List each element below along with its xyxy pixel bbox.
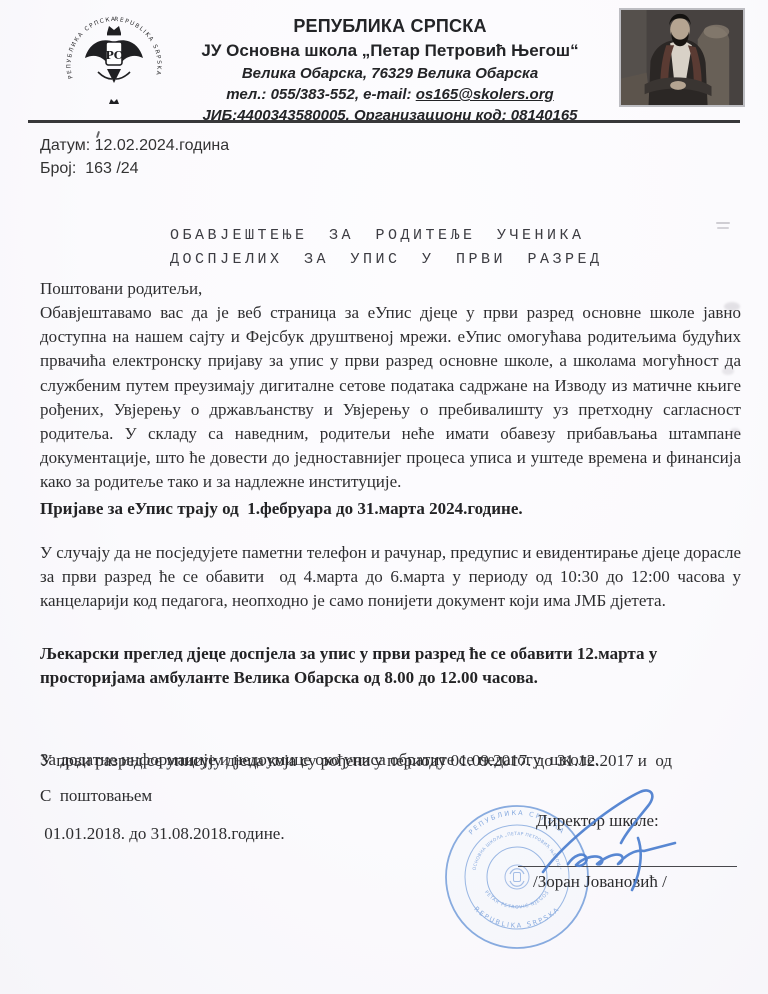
signature-name: /Зоран Јовановић / — [533, 872, 667, 892]
paragraph-more-info: За додатне информације и недоумице око у… — [40, 748, 741, 772]
letterhead-country: РЕПУБЛИКА СРПСКА — [172, 14, 608, 38]
letterhead-divider — [28, 120, 740, 123]
njegos-portrait — [619, 8, 745, 107]
emblem-monogram: РС — [105, 49, 122, 62]
scan-artifact-right-edge-5 — [730, 428, 740, 435]
signature-role: Директор школе: — [536, 811, 659, 831]
scan-artifact-right-edge-4 — [722, 367, 734, 375]
letterhead: РЕПУБЛИКА СРПСКА ЈУ Основна школа „Петар… — [172, 14, 608, 126]
scan-artifact-right-edge-2 — [717, 227, 729, 229]
scan-artifact-right-edge-1 — [716, 222, 730, 224]
paragraph-medical-exam: Љекарски преглед дјеце доспјела за упис … — [40, 642, 741, 690]
scan-artifact-right-edge-3 — [724, 302, 740, 311]
letterhead-phone: тел.: 055/383-552, e-mail: — [226, 86, 415, 103]
salutation: Поштовани родитељи, — [40, 277, 741, 301]
letterhead-contact: тел.: 055/383-552, e-mail: os165@skolers… — [172, 84, 608, 105]
paragraph-eupis-deadline: Пријаве за еУпис трају од 1.фебруара до … — [40, 497, 741, 521]
date-line: Датум: 12.02.2024.година — [40, 134, 229, 157]
emblem-eagle-crest: РС — [85, 26, 143, 104]
document-meta: Датум: 12.02.2024.година Број: 163 /24 — [40, 134, 229, 180]
title-line-2: ДОСПЈЕЛИХ ЗА УПИС У ПРВИ РАЗРЕД — [170, 248, 603, 272]
letterhead-email: os165@skolers.org — [416, 86, 554, 103]
document-title: ОБАВЈЕШТЕЊЕ ЗА РОДИТЕЉЕ УЧЕНИКА ДОСПЈЕЛИ… — [170, 224, 603, 271]
letterhead-address: Велика Обарска, 76329 Велика Обарска — [172, 63, 608, 84]
republika-srpska-coat-of-arms-icon: РЕПУБЛИКА СРПСКА REPUBLIKA SRPSKA РС — [62, 12, 166, 116]
letterhead-school-name: ЈУ Основна школа „Петар Петровић Његош“ — [172, 39, 608, 62]
signature-line — [518, 866, 737, 867]
title-line-1: ОБАВЈЕШТЕЊЕ ЗА РОДИТЕЉЕ УЧЕНИКА — [170, 224, 603, 248]
paragraph-no-phone-procedure: У случају да не посједујете паметни теле… — [40, 541, 741, 614]
njegos-portrait-painting — [621, 10, 743, 105]
number-line: Број: 163 /24 — [40, 157, 229, 180]
closing: С поштовањем — [40, 784, 741, 808]
paragraph-eupis-intro: Обавјештавамо вас да је веб страница за … — [40, 301, 741, 495]
scanned-letter-page: РЕПУБЛИКА СРПСКА REPUBLIKA SRPSKA РС РЕП… — [0, 0, 768, 994]
